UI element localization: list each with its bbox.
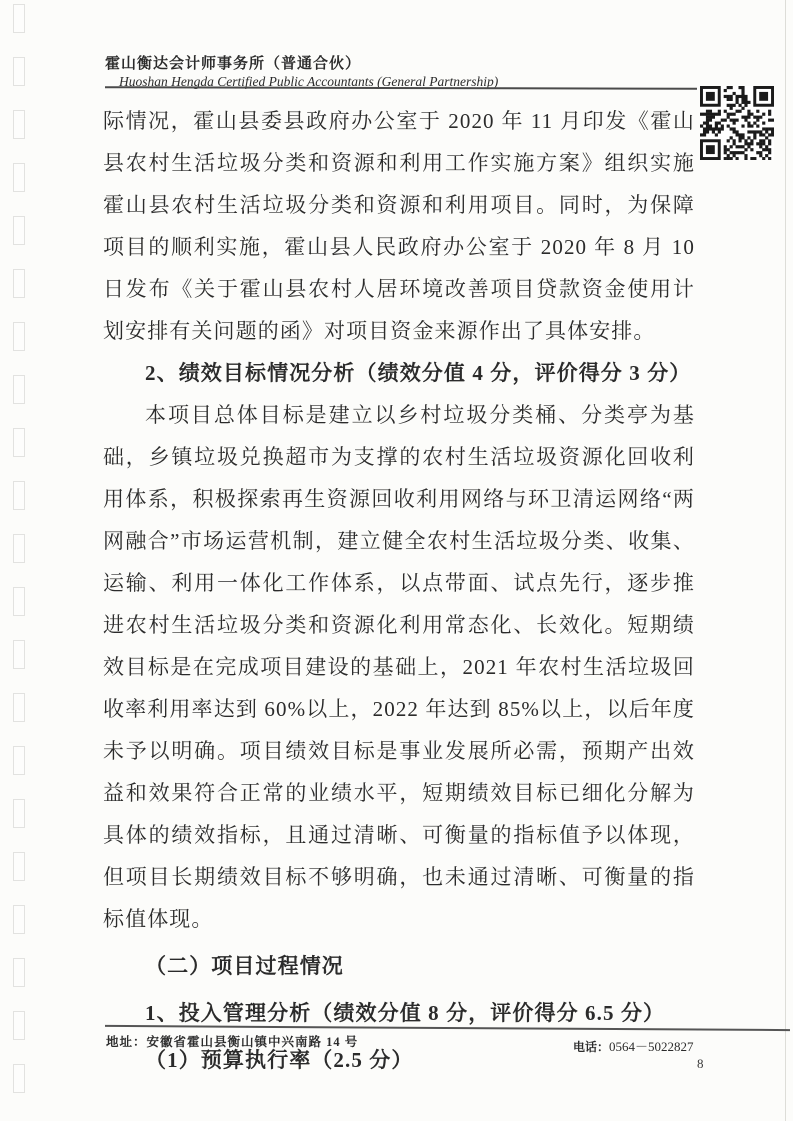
- binding-hole: [13, 746, 25, 775]
- binding-hole: [13, 799, 25, 828]
- binding-hole: [13, 1011, 25, 1040]
- binding-hole: [13, 163, 25, 192]
- binding-hole: [13, 640, 25, 669]
- binding-hole: [13, 587, 25, 616]
- body-paragraph: 际情况，霍山县委县政府办公室于 2020 年 11 月印发《霍山县农村生活垃圾分…: [103, 100, 695, 352]
- binding-hole: [13, 322, 25, 351]
- address-value: 安徽省霍山县衡山镇中兴南路 14 号: [147, 1035, 359, 1049]
- binding-hole: [13, 534, 25, 563]
- binding-hole: [13, 4, 25, 33]
- page-header: 霍山衡达会计师事务所（普通合伙）Huoshan Hengda Certified…: [105, 52, 705, 91]
- page-number: 8: [697, 1056, 704, 1072]
- binding-hole: [13, 958, 25, 987]
- scanned-document-page: 霍山衡达会计师事务所（普通合伙）Huoshan Hengda Certified…: [0, 0, 793, 1121]
- binding-hole: [13, 852, 25, 881]
- footer-phone: 电话：0564－5022827: [573, 1036, 694, 1055]
- binding-hole: [13, 428, 25, 457]
- firm-name-zh: 霍山衡达会计师事务所（普通合伙）: [105, 52, 361, 73]
- binding-hole: [13, 375, 25, 404]
- binding-hole: [13, 216, 25, 245]
- binding-hole: [13, 1064, 25, 1093]
- address-label: 地址：: [106, 1035, 147, 1049]
- phone-label: 电话：: [573, 1040, 609, 1054]
- binding-hole: [13, 110, 25, 139]
- section-heading: 2、绩效目标情况分析（绩效分值 4 分，评价得分 3 分）: [103, 352, 695, 394]
- paper-edge-line: [785, 0, 786, 1121]
- footer-address: 地址：安徽省霍山县衡山镇中兴南路 14 号: [106, 1032, 358, 1050]
- binding-hole: [13, 481, 25, 510]
- section-heading: （二）项目过程情况: [103, 945, 695, 987]
- binding-hole: [13, 905, 25, 934]
- document-body: 际情况，霍山县委县政府办公室于 2020 年 11 月印发《霍山县农村生活垃圾分…: [103, 100, 695, 1081]
- qr-code-icon: [700, 86, 774, 160]
- binding-hole: [13, 693, 25, 722]
- body-paragraph: 本项目总体目标是建立以乡村垃圾分类桶、分类亭为基础，乡镇垃圾兑换超市为支撑的农村…: [103, 394, 695, 940]
- binding-hole: [13, 57, 25, 86]
- phone-value: 0564－5022827: [609, 1039, 694, 1054]
- binding-hole: [13, 269, 25, 298]
